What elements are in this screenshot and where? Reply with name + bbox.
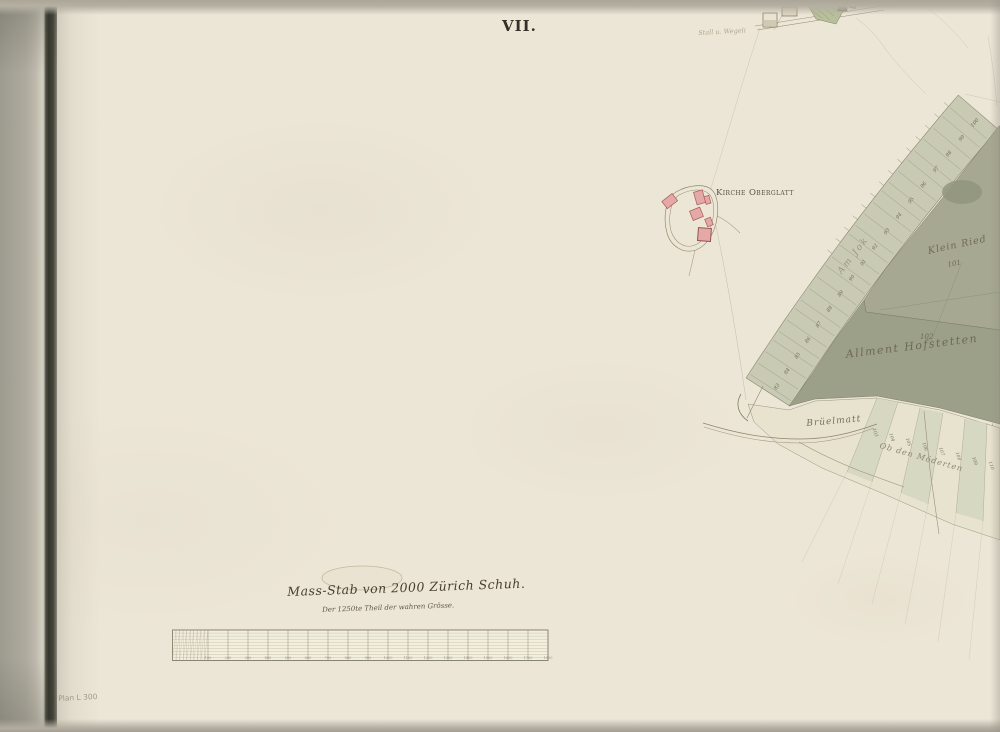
boundary-hatch: [861, 204, 866, 208]
scale-tick-label: 400: [265, 656, 272, 660]
boundary-hatch: [888, 170, 893, 174]
scale-tick-label: 800: [345, 656, 352, 660]
scale-tick-label: 600: [305, 656, 312, 660]
building-outline-fill: [764, 20, 776, 26]
footpath: [711, 28, 760, 188]
pencil-sketch: [856, 18, 926, 94]
scanned-map-sheet: { "sheet": { "number": "VII." }, "colors…: [0, 0, 1000, 732]
map-drawing: 8384858687888990919293949596979899100103…: [0, 0, 1000, 732]
pencil-sketch: [930, 10, 968, 48]
building-church: [698, 228, 712, 242]
boundary-hatch: [906, 148, 911, 152]
scale-tick-label: 100: [205, 656, 212, 660]
boundary-hatch: [916, 136, 921, 140]
wooded-grove: [942, 180, 982, 204]
scan-shadow-right: [990, 0, 1000, 732]
scale-tick-label: 1800: [544, 656, 553, 660]
footpath: [716, 226, 746, 400]
scale-tick-label: 200: [225, 656, 232, 660]
scale-tick-label: 1600: [504, 656, 513, 660]
boundary-hatch: [944, 102, 949, 106]
boundary-hatch: [827, 250, 832, 254]
scale-tick-label: 1100: [404, 656, 413, 660]
building: [662, 194, 678, 209]
boundary-hatch: [879, 182, 884, 186]
boundary-hatch: [897, 159, 902, 163]
scan-shadow-top: [0, 0, 1000, 15]
binding-edge: [0, 0, 57, 732]
building: [689, 207, 703, 220]
boundary-hatch: [934, 114, 939, 118]
scale-tick-label: 900: [365, 656, 372, 660]
scale-tick-label: 1500: [484, 656, 493, 660]
scale-tick-label: 1200: [424, 656, 433, 660]
settlement-layer: [662, 186, 740, 276]
top-edge-layer: [755, 1, 1000, 106]
sheet-number: VII.: [502, 17, 537, 35]
boundary-hatch: [853, 216, 858, 220]
scale-tick-label: 1000: [384, 656, 393, 660]
boundary-hatch: [925, 125, 930, 129]
scan-shadow-bottom: [0, 719, 1000, 732]
settlement-label: Kirche Oberglatt: [716, 188, 794, 198]
building: [704, 195, 711, 204]
boundary-hatch: [870, 193, 875, 197]
scale-tick-label: 1700: [524, 656, 533, 660]
building: [705, 217, 714, 227]
scale-tick-label: 700: [325, 656, 332, 660]
scale-tick-label: 300: [245, 656, 252, 660]
stream: [738, 394, 748, 421]
boundary-hatch: [836, 238, 841, 242]
boundary-hatch: [844, 227, 849, 231]
scale-tick-label: 1400: [464, 656, 473, 660]
scale-tick-label: 1300: [444, 656, 453, 660]
village-road-spur: [689, 216, 740, 276]
scale-tick-label: 500: [285, 656, 292, 660]
